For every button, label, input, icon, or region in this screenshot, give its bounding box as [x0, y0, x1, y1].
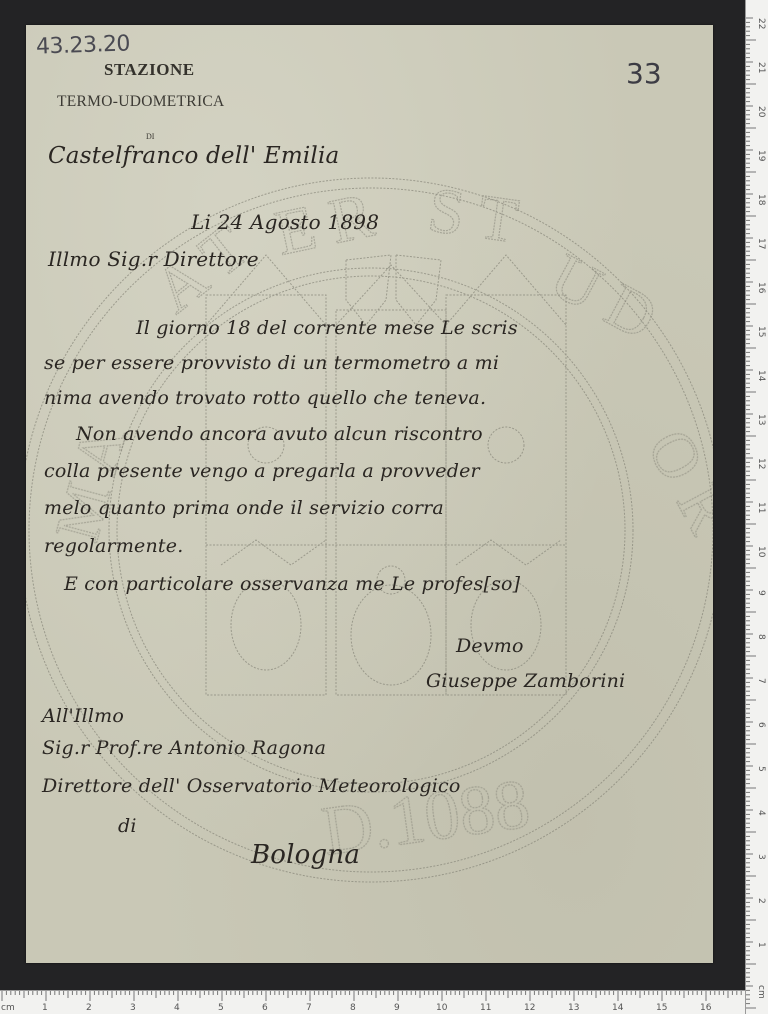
ruler-label: 15: [756, 326, 766, 337]
body-line: melo quanto prima onde il servizio corra: [44, 497, 444, 519]
body-line: colla presente vengo a pregarla a provve…: [44, 460, 480, 482]
ruler-label: 13: [568, 1003, 579, 1013]
ruler-label: 6: [756, 722, 766, 728]
ruler-label: 12: [756, 458, 766, 469]
ruler-label: 3: [130, 1003, 136, 1013]
signature: Giuseppe Zamborini: [426, 670, 625, 692]
ruler-label: 8: [350, 1003, 356, 1013]
ruler-label: 1: [42, 1003, 48, 1013]
letterhead-di: DI: [146, 132, 154, 141]
body-line: Il giorno 18 del corrente mese Le scris: [136, 317, 518, 339]
body-line: Non avendo ancora avuto alcun riscontro: [76, 423, 483, 445]
ruler-unit: cm: [1, 1003, 15, 1013]
ruler-label: 7: [756, 678, 766, 684]
body-line: E con particolare osservanza me Le profe…: [64, 573, 520, 595]
ruler-label: 14: [756, 370, 766, 381]
place-name: Castelfranco dell' Emilia: [48, 143, 339, 169]
letterhead-subtitle: TERMO-UDOMETRICA: [57, 93, 225, 111]
ruler-label: 9: [756, 590, 766, 596]
ruler-label: 2: [756, 898, 766, 904]
ruler-label: 11: [480, 1003, 491, 1013]
ruler-label: 18: [756, 194, 766, 205]
ruler-label: 2: [86, 1003, 92, 1013]
ruler-label: 6: [262, 1003, 268, 1013]
page-number: 33: [626, 57, 662, 90]
svg-text:O R: O R: [634, 418, 713, 544]
ruler-label: 1: [756, 942, 766, 948]
ruler-unit: cm: [756, 985, 766, 999]
ruler-label: 9: [394, 1003, 400, 1013]
ruler-ticks-icon: [0, 991, 745, 1014]
archive-number: 43.23.20: [36, 31, 131, 59]
body-line: nima avendo trovato rotto quello che ten…: [44, 387, 486, 409]
ruler-label: 16: [700, 1003, 711, 1013]
ruler-label: 10: [756, 546, 766, 557]
ruler-label: 7: [306, 1003, 312, 1013]
ruler-label: 12: [524, 1003, 535, 1013]
ruler-label: 5: [218, 1003, 224, 1013]
ruler-label: 19: [756, 150, 766, 161]
ruler-label: 4: [174, 1003, 180, 1013]
ruler-label: 8: [756, 634, 766, 640]
ruler-label: 4: [756, 810, 766, 816]
letter-page: E R S T U D O R A T M A D.1088 43.23.20 …: [26, 25, 713, 963]
ruler-label: 14: [612, 1003, 623, 1013]
ruler-right: 22 21 20 19 18 17 16 15 14 13 12 11 10 9…: [745, 0, 768, 1014]
ruler-label: 3: [756, 854, 766, 860]
date-line: Li 24 Agosto 1898: [191, 210, 379, 234]
ruler-label: 20: [756, 106, 766, 117]
ruler-bottom: cm 1 2 3 4 5 6 7 8 9 10 11 12 13 14 15 1…: [0, 990, 745, 1014]
address-line: di: [118, 815, 137, 837]
ruler-label: 5: [756, 766, 766, 772]
ruler-label: 11: [756, 502, 766, 513]
ruler-label: 13: [756, 414, 766, 425]
ruler-label: 16: [756, 282, 766, 293]
address-line: Direttore dell' Osservatorio Meteorologi…: [42, 775, 461, 797]
closing: Devmo: [456, 635, 524, 657]
svg-text:U D: U D: [539, 240, 668, 354]
body-line: regolarmente.: [44, 535, 183, 557]
ruler-label: 15: [656, 1003, 667, 1013]
ruler-label: 21: [756, 62, 766, 73]
svg-text:S T: S T: [424, 174, 523, 257]
ruler-label: 10: [436, 1003, 447, 1013]
body-line: se per essere provvisto di un termometro…: [44, 352, 499, 374]
address-line: Sig.r Prof.re Antonio Ragona: [42, 737, 326, 759]
ruler-label: 17: [756, 238, 766, 249]
address-line: All'Illmo: [42, 705, 124, 727]
salutation: Illmo Sig.r Direttore: [48, 247, 259, 271]
letterhead-title: STAZIONE: [104, 60, 195, 80]
ruler-label: 22: [756, 18, 766, 29]
address-city: Bologna: [251, 840, 360, 870]
